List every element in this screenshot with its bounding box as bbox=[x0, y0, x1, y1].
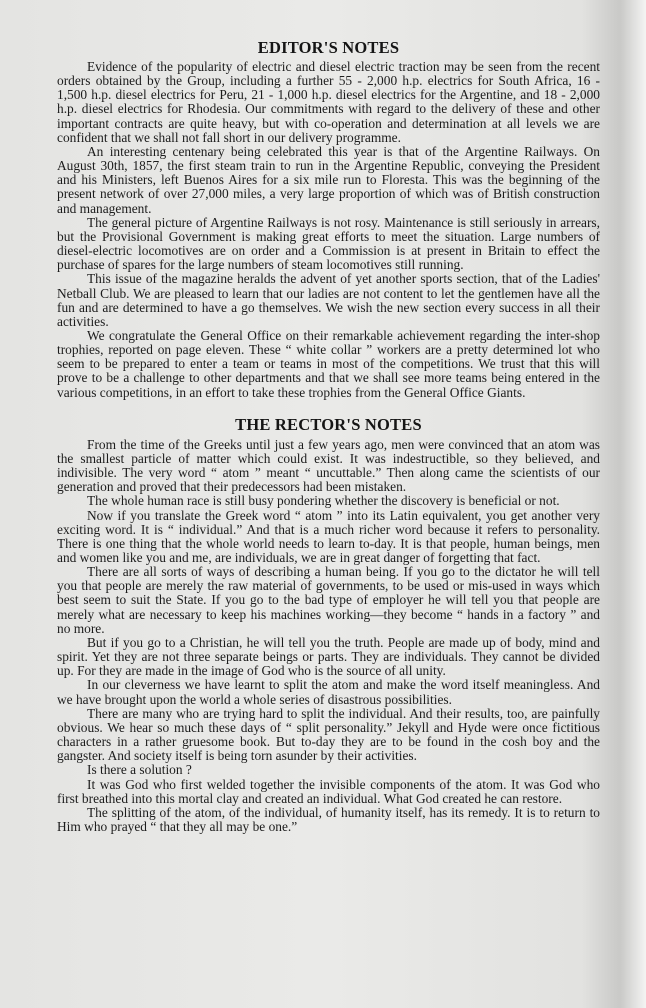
editors-paragraph: The general picture of Argentine Railway… bbox=[57, 216, 600, 273]
editors-paragraph: Evidence of the popularity of electric a… bbox=[57, 60, 600, 145]
rectors-paragraph: Now if you translate the Greek word “ at… bbox=[57, 509, 600, 566]
rectors-paragraph: There are all sorts of ways of describin… bbox=[57, 565, 600, 636]
editors-notes-section: EDITOR'S NOTES Evidence of the popularit… bbox=[57, 38, 600, 400]
rectors-paragraph: Is there a solution ? bbox=[57, 763, 600, 777]
magazine-page: EDITOR'S NOTES Evidence of the popularit… bbox=[57, 38, 600, 834]
editors-paragraph: An interesting centenary being celebrate… bbox=[57, 145, 600, 216]
rectors-notes-heading: THE RECTOR'S NOTES bbox=[57, 415, 600, 435]
rectors-paragraph: In our cleverness we have learnt to spli… bbox=[57, 678, 600, 706]
rectors-notes-section: THE RECTOR'S NOTES From the time of the … bbox=[57, 415, 600, 834]
rectors-paragraph: The splitting of the atom, of the indivi… bbox=[57, 806, 600, 834]
rectors-paragraph: From the time of the Greeks until just a… bbox=[57, 438, 600, 495]
editors-paragraph: We congratulate the General Office on th… bbox=[57, 329, 600, 400]
rectors-paragraph: The whole human race is still busy ponde… bbox=[57, 494, 600, 508]
rectors-paragraph: But if you go to a Christian, he will te… bbox=[57, 636, 600, 678]
rectors-paragraph: There are many who are trying hard to sp… bbox=[57, 707, 600, 764]
editors-notes-heading: EDITOR'S NOTES bbox=[57, 38, 600, 58]
rectors-paragraph: It was God who first welded together the… bbox=[57, 778, 600, 806]
editors-paragraph: This issue of the magazine heralds the a… bbox=[57, 272, 600, 329]
